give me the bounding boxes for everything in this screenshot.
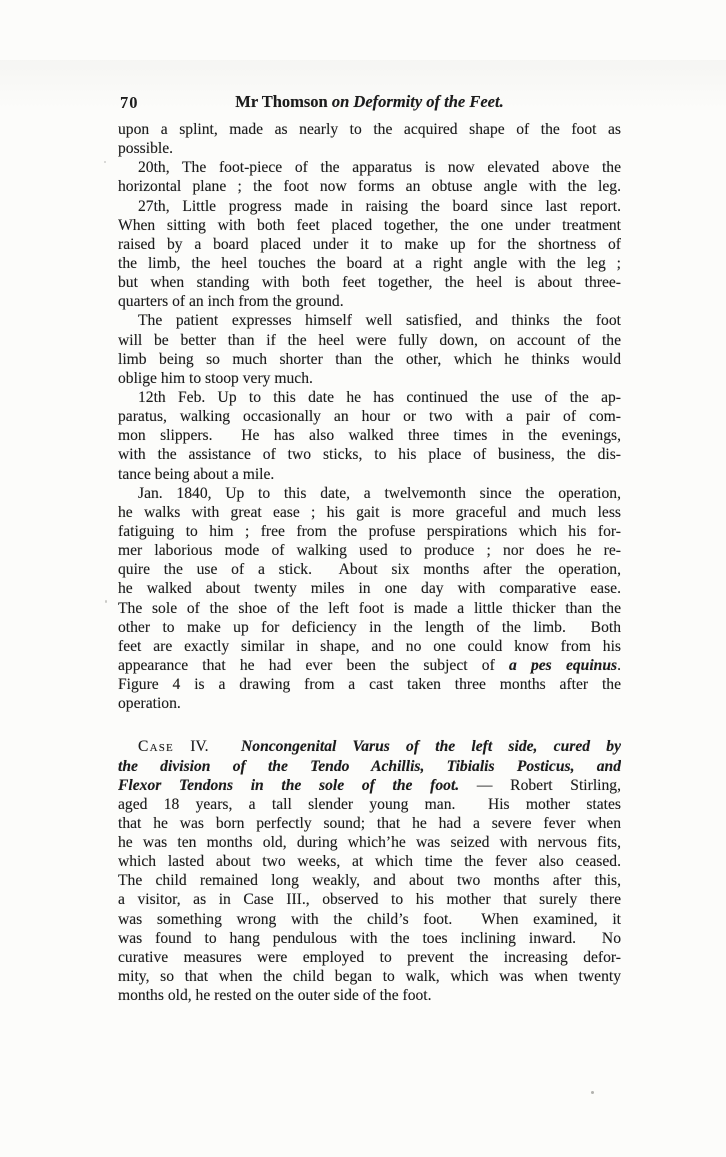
text-segment: will be better than if the heel were ful…: [118, 332, 621, 349]
text-line: the limb, the heel touches the board at …: [118, 254, 621, 273]
text-line: curative measures were employed to preve…: [118, 948, 621, 967]
text-line: 20th, The foot-piece of the apparatus is…: [118, 158, 621, 177]
text-line: was something wrong with the child’s foo…: [118, 910, 621, 929]
text-line: tance being about a mile.: [118, 465, 621, 484]
text-segment: which lasted about two weeks, at which t…: [118, 853, 621, 870]
text-segment: mer laborious mode of walking used to pr…: [118, 542, 621, 559]
text-line: Case IV. Noncongenital Varus of the left…: [118, 737, 621, 756]
paragraph-1: upon a splint, made as nearly to the acq…: [118, 120, 621, 158]
text-line: Jan. 1840, Up to this date, a twelvemont…: [118, 484, 621, 503]
text-segment: was found to hang pendulous with the toe…: [118, 930, 621, 947]
text-line: operation.: [118, 694, 621, 713]
running-title: Mr Thomson on Deformity of the Feet.: [118, 92, 621, 112]
text-segment: aged 18 years, a tall slender young man.…: [118, 796, 621, 813]
text-line: horizontal plane ; the foot now forms an…: [118, 177, 621, 196]
text-line: he walks with great ease ; his gait is m…: [118, 503, 621, 522]
text-segment: a visitor, as in Case III., observed to …: [118, 891, 621, 908]
running-title-author: Mr Thomson: [235, 92, 332, 111]
text-segment: When sitting with both feet placed toget…: [118, 217, 621, 234]
text-segment: The sole of the shoe of the left foot is…: [118, 600, 621, 617]
text-line: will be better than if the heel were ful…: [118, 331, 621, 350]
text-line: the division of the Tendo Achillis, Tibi…: [118, 757, 621, 776]
text-line: paratus, walking occasionally an hour or…: [118, 407, 621, 426]
text-segment: but when standing with both feet togethe…: [118, 274, 621, 291]
text-segment: Flexor Tendons in the sole of the foot.: [118, 777, 459, 794]
scan-artifact-speck: [104, 161, 106, 163]
text-line: appearance that he had ever been the sub…: [118, 656, 621, 675]
text-segment: horizontal plane ; the foot now forms an…: [118, 178, 621, 195]
page-number: 70: [120, 93, 139, 113]
text-line: that he was born perfectly sound; that h…: [118, 814, 621, 833]
book-page: 70 Mr Thomson on Deformity of the Feet. …: [0, 0, 726, 1157]
scan-artifact-speck: [591, 1091, 594, 1094]
paragraph-2: 20th, The foot-piece of the apparatus is…: [118, 158, 621, 196]
page-header: 70 Mr Thomson on Deformity of the Feet.: [118, 92, 621, 114]
text-segment: mity, so that when the child began to wa…: [118, 968, 621, 985]
text-line: The sole of the shoe of the left foot is…: [118, 599, 621, 618]
text-segment: tance being about a mile.: [118, 466, 274, 483]
text-line: other to make up for deficiency in the l…: [118, 618, 621, 637]
text-line: aged 18 years, a tall slender young man.…: [118, 795, 621, 814]
text-segment: mon slippers. He has also walked three t…: [118, 427, 621, 444]
text-segment: operation.: [118, 695, 181, 712]
scan-artifact-speck: [105, 600, 107, 603]
text-segment: he walks with great ease ; his gait is m…: [118, 504, 621, 521]
text-segment: he was ten months old, during which’he w…: [118, 834, 621, 851]
text-segment: the division of the Tendo Achillis, Tibi…: [118, 758, 621, 775]
text-line: with the assistance of two sticks, to hi…: [118, 445, 621, 464]
text-line: The patient expresses himself well satis…: [118, 311, 621, 330]
text-line: mon slippers. He has also walked three t…: [118, 426, 621, 445]
text-segment: The child remained long weakly, and abou…: [118, 872, 621, 889]
text-segment: 20th, The foot-piece of the apparatus is…: [138, 159, 621, 176]
text-segment: quarters of an inch from the ground.: [118, 293, 344, 310]
text-segment: quire the use of a stick. About six mont…: [118, 561, 621, 578]
paragraph-6: Jan. 1840, Up to this date, a twelvemont…: [118, 484, 621, 714]
text-line: 12th Feb. Up to this date he has continu…: [118, 388, 621, 407]
text-segment: the limb, the heel touches the board at …: [118, 255, 621, 272]
text-segment: months old, he rested on the outer side …: [118, 987, 432, 1004]
text-segment: feet are exactly similar in shape, and n…: [118, 638, 621, 655]
text-segment: .: [617, 657, 621, 674]
text-line: which lasted about two weeks, at which t…: [118, 852, 621, 871]
text-segment: upon a splint, made as nearly to the acq…: [118, 121, 621, 138]
text-line: raised by a board placed under it to mak…: [118, 235, 621, 254]
text-segment: possible.: [118, 140, 173, 157]
text-segment: Figure 4 is a drawing from a cast taken …: [118, 676, 621, 693]
text-segment: with the assistance of two sticks, to hi…: [118, 446, 621, 463]
text-segment: raised by a board placed under it to mak…: [118, 236, 621, 253]
text-segment: fatiguing to him ; free from the profuse…: [118, 523, 621, 540]
text-segment: Jan. 1840, Up to this date, a twelvemont…: [138, 485, 621, 502]
text-line: 27th, Little progress made in raising th…: [118, 197, 621, 216]
text-line: quire the use of a stick. About six mont…: [118, 560, 621, 579]
paragraph-5: 12th Feb. Up to this date he has continu…: [118, 388, 621, 484]
text-line: but when standing with both feet togethe…: [118, 273, 621, 292]
text-segment: Noncongenital Varus of the left side, cu…: [241, 738, 621, 755]
text-line: possible.: [118, 139, 621, 158]
paragraph-3: 27th, Little progress made in raising th…: [118, 197, 621, 312]
text-segment: 12th Feb. Up to this date he has continu…: [138, 389, 621, 406]
text-segment: other to make up for deficiency in the l…: [118, 619, 621, 636]
text-line: oblige him to stoop very much.: [118, 369, 621, 388]
text-line: limb being so much shorter than the othe…: [118, 350, 621, 369]
text-line: he walked about twenty miles in one day …: [118, 579, 621, 598]
text-line: a visitor, as in Case III., observed to …: [118, 890, 621, 909]
text-segment: was something wrong with the child’s foo…: [118, 911, 621, 928]
text-segment: that he was born perfectly sound; that h…: [118, 815, 621, 832]
text-segment: a pes equinus: [509, 657, 617, 674]
text-line: fatiguing to him ; free from the profuse…: [118, 522, 621, 541]
text-segment: appearance that he had ever been the sub…: [118, 657, 509, 674]
text-line: Figure 4 is a drawing from a cast taken …: [118, 675, 621, 694]
text-segment: The patient expresses himself well satis…: [138, 312, 621, 329]
text-segment: — Robert Stirling,: [459, 777, 621, 794]
text-line: quarters of an inch from the ground.: [118, 292, 621, 311]
text-segment: he walked about twenty miles in one day …: [118, 580, 621, 597]
text-line: upon a splint, made as nearly to the acq…: [118, 120, 621, 139]
text-segment: IV.: [174, 738, 241, 755]
text-line: When sitting with both feet placed toget…: [118, 216, 621, 235]
case-label: Case: [138, 738, 174, 755]
text-segment: 27th, Little progress made in raising th…: [138, 198, 621, 215]
text-line: he was ten months old, during which’he w…: [118, 833, 621, 852]
text-segment: oblige him to stoop very much.: [118, 370, 313, 387]
text-line: mer laborious mode of walking used to pr…: [118, 541, 621, 560]
text-line: months old, he rested on the outer side …: [118, 986, 621, 1005]
text-line: The child remained long weakly, and abou…: [118, 871, 621, 890]
page-body: upon a splint, made as nearly to the acq…: [118, 120, 621, 1005]
text-line: was found to hang pendulous with the toe…: [118, 929, 621, 948]
text-segment: limb being so much shorter than the othe…: [118, 351, 621, 368]
text-line: mity, so that when the child began to wa…: [118, 967, 621, 986]
text-line: Flexor Tendons in the sole of the foot. …: [118, 776, 621, 795]
running-title-work: on Deformity of the Feet.: [332, 92, 504, 111]
paragraph-4: The patient expresses himself well satis…: [118, 311, 621, 388]
text-line: feet are exactly similar in shape, and n…: [118, 637, 621, 656]
text-segment: curative measures were employed to preve…: [118, 949, 621, 966]
text-segment: paratus, walking occasionally an hour or…: [118, 408, 621, 425]
paragraph-7: Case IV. Noncongenital Varus of the left…: [118, 737, 621, 1005]
